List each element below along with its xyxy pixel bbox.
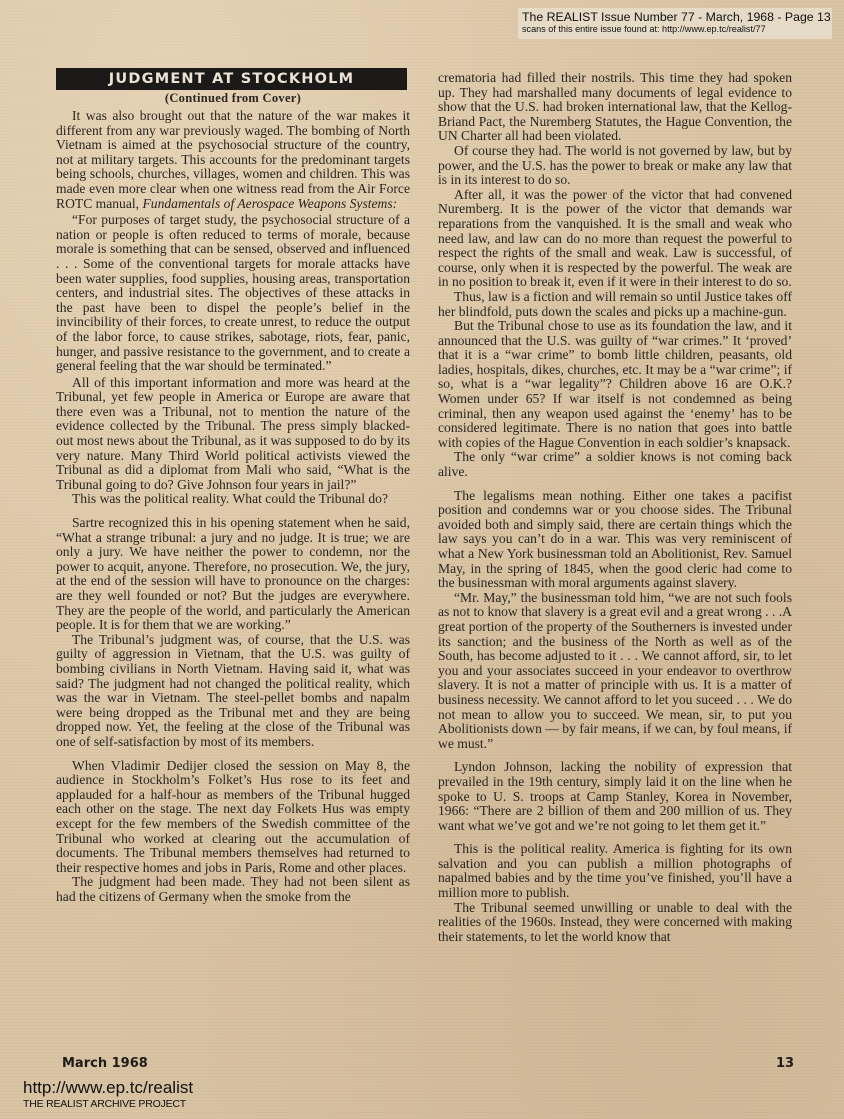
paragraph: The legalisms mean nothing. Either one t… [438,489,792,591]
paragraph: Lyndon Johnson, lacking the nobility of … [438,760,792,833]
paragraph: It was also brought out that the nature … [56,109,410,211]
paragraph: But the Tribunal chose to use as its fou… [438,319,792,450]
archive-banner: The REALIST Issue Number 77 - March, 196… [518,8,832,39]
paragraph: “For purposes of target study, the psych… [56,213,410,374]
article-column-left: JUDGMENT AT STOCKHOLM (Continued from Co… [56,68,410,904]
archive-url-link[interactable]: http://www.ep.tc/realist [23,1078,193,1098]
paragraph: The only “war crime” a soldier knows is … [438,450,792,479]
archive-project-label: THE REALIST ARCHIVE PROJECT [23,1098,186,1110]
paragraph: The Tribunal seemed unwilling or unable … [438,901,792,945]
footer-date: March 1968 [62,1056,148,1071]
paragraph: Sartre recognized this in his opening st… [56,516,410,633]
paragraph: After all, it was the power of the victo… [438,188,792,290]
article-headline: JUDGMENT AT STOCKHOLM [56,68,407,90]
page-number: 13 [776,1056,794,1071]
paragraph: “Mr. May,” the businessman told him, “we… [438,591,792,752]
paragraph: When Vladimir Dedijer closed the session… [56,759,410,876]
paragraph: The judgment had been made. They had not… [56,875,410,904]
paragraph: This was the political reality. What cou… [56,492,410,507]
paragraph: This is the political reality. America i… [438,842,792,900]
paragraph: The Tribunal’s judgment was, of course, … [56,633,410,750]
archive-issue-title: The REALIST Issue Number 77 - March, 196… [522,10,828,24]
paragraph: crematoria had filled their nostrils. Th… [438,71,792,144]
paragraph: Of course they had. The world is not gov… [438,144,792,188]
continued-note: (Continued from Cover) [56,91,410,105]
archive-scan-link[interactable]: scans of this entire issue found at: htt… [522,24,828,35]
article-column-right: crematoria had filled their nostrils. Th… [438,71,792,944]
manual-title: Fundamentals of Aerospace Weapons System… [142,196,397,211]
paragraph: All of this important information and mo… [56,376,410,493]
paragraph: Thus, law is a fiction and will remain s… [438,290,792,319]
